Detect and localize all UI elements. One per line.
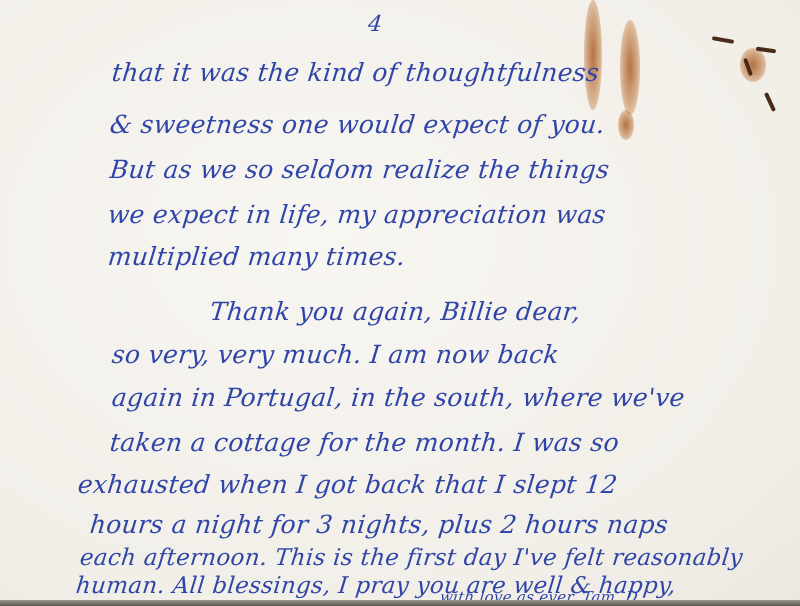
text-line: multiplied many times. xyxy=(106,242,406,271)
text-line: Thank you again, Billie dear, xyxy=(208,297,582,326)
page-number: 4 xyxy=(367,12,384,37)
stain-drip-left xyxy=(584,0,602,110)
text-line: hours a night for 3 nights, plus 2 hours… xyxy=(88,510,669,539)
text-line: & sweetness one would expect of you. xyxy=(108,110,606,139)
text-line: exhausted when I got back that I slept 1… xyxy=(76,470,618,499)
text-line: again in Portugal, in the south, where w… xyxy=(110,383,686,412)
text-line: But as we so seldom realize the things xyxy=(108,155,610,184)
text-line: so very, very much. I am now back xyxy=(110,340,560,369)
stain-blot xyxy=(740,48,766,82)
speck-4 xyxy=(764,92,776,112)
text-line: we expect in life, my appreciation was xyxy=(106,200,607,229)
stain-drip-right-lower xyxy=(618,110,634,140)
speck-1 xyxy=(712,36,734,44)
text-line: each afternoon. This is the first day I'… xyxy=(79,545,744,571)
text-line: taken a cottage for the month. I was so xyxy=(108,428,620,457)
letter-page: 4 that it was the kind of thoughtfulness… xyxy=(0,0,800,600)
text-line: that it was the kind of thoughtfulness xyxy=(110,58,600,87)
scan-bottom-edge xyxy=(0,600,800,606)
stain-drip-right xyxy=(620,20,640,115)
